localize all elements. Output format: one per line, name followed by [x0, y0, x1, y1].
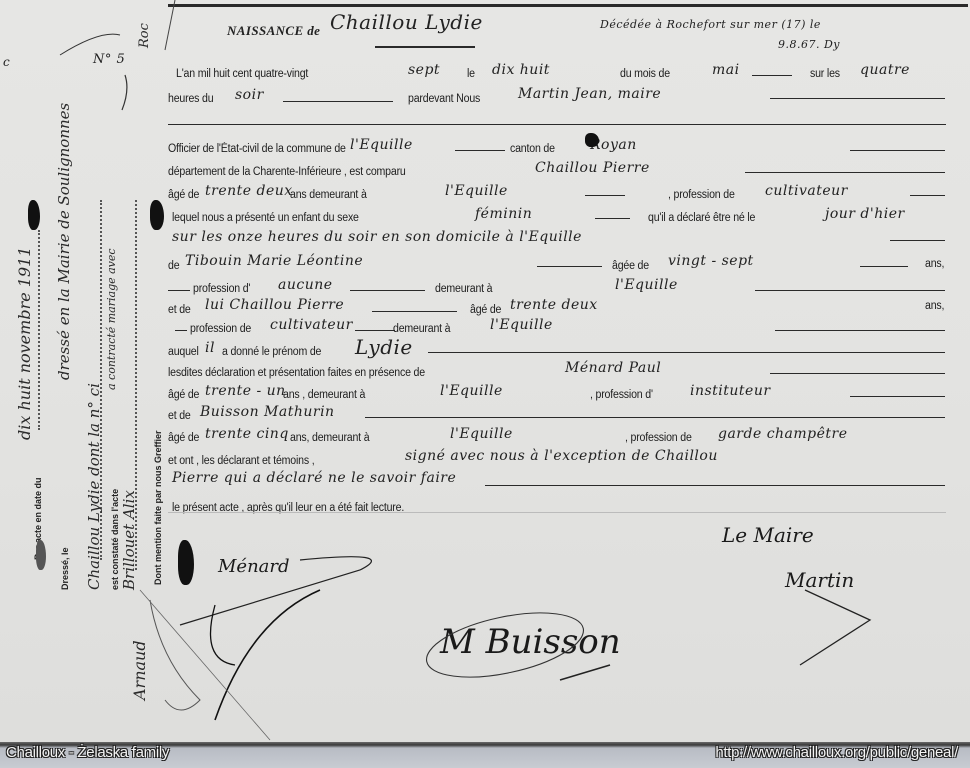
hw-mother-age: vingt - sept: [668, 253, 754, 269]
hw-mother-residence: l'Equille: [615, 277, 678, 293]
printed-auquel: auquel: [168, 346, 199, 358]
printed-declare-ne: qu'il a déclaré être né le: [648, 212, 755, 224]
fill-line: [595, 218, 630, 219]
fill-line: [537, 266, 602, 267]
hw-birth-detail: sur les onze heures du soir en son domic…: [172, 229, 582, 245]
fill-line: [910, 195, 945, 196]
printed-officier: Officier de l'État-civil de la commune d…: [168, 143, 346, 155]
fill-line: [585, 195, 625, 196]
hw-witness1-profession: instituteur: [690, 383, 771, 399]
hw-time-of-day: soir: [235, 87, 264, 103]
printed-profession-d-2: , profession d': [590, 389, 653, 401]
printed-ans-demeurant-3: ans, demeurant à: [290, 432, 369, 444]
hw-signed-note: signé avec nous à l'exception de Chaillo…: [405, 448, 718, 464]
printed-le: le: [467, 68, 475, 80]
hw-month: mai: [712, 62, 740, 78]
printed-age-de: âgé de: [168, 189, 199, 201]
printed-ans-2: ans,: [925, 300, 944, 312]
fill-line: [755, 290, 945, 291]
printed-sur-les: sur les: [810, 68, 840, 80]
margin-printed-4: Dont mention faite par nous Greffier: [153, 430, 163, 585]
hw-pronoun: il: [205, 340, 215, 356]
printed-agee-de: âgée de: [612, 260, 649, 272]
ink-blot: [28, 200, 40, 230]
margin-hw-date: dix huit novembre 1911: [15, 247, 34, 441]
printed-ans-demeurant-2: ans , demeurant à: [283, 389, 365, 401]
printed-demeurant: demeurant à: [435, 283, 492, 295]
printed-ans: ans,: [925, 258, 944, 270]
printed-age-de-3: âgé de: [168, 389, 199, 401]
margin-roc: Roc: [137, 23, 152, 48]
fill-line: [365, 417, 945, 418]
printed-age-de-2: âgé de: [470, 304, 501, 316]
fill-line: [355, 330, 395, 331]
fill-line: [372, 311, 457, 312]
hw-witness2-residence: l'Equille: [450, 426, 513, 442]
hw-witness2: Buisson Mathurin: [200, 404, 335, 420]
fill-line: [850, 150, 945, 151]
hw-day: dix huit: [492, 62, 550, 78]
printed-profession-de: profession de: [190, 323, 251, 335]
printed-canton: canton de: [510, 143, 555, 155]
death-annotation: Décédée à Rochefort sur mer (17) le: [600, 18, 821, 31]
website-watermark: http://www.chailloux.org/public/geneal/: [715, 744, 958, 761]
family-watermark: Chailloux - Żelaska family: [6, 744, 169, 761]
hw-signed-note-2: Pierre qui a déclaré ne le savoir faire: [172, 470, 456, 486]
hw-commune: l'Equille: [350, 137, 413, 153]
hw-sex: féminin: [475, 206, 532, 222]
fill-line: [168, 124, 946, 125]
printed-profession: , profession de: [668, 189, 735, 201]
printed-profession-de-2: , profession de: [625, 432, 692, 444]
hw-father-residence: l'Equille: [490, 317, 553, 333]
fill-line: [860, 266, 908, 267]
margin-hw-5: Arnaud: [130, 640, 149, 700]
hw-given-name: Lydie: [355, 335, 413, 359]
ink-blot: [585, 133, 599, 147]
margin-number: N° 5: [93, 52, 125, 67]
hw-witness1: Ménard Paul: [565, 360, 661, 376]
fill-line: [175, 330, 187, 331]
fill-line: [485, 485, 945, 486]
printed-lequel: lequel nous a présenté un enfant du sexe: [172, 212, 359, 224]
hw-father-age: trente deux: [510, 297, 598, 313]
margin-corner-mark: c: [3, 55, 10, 69]
record-subject-name: Chaillou Lydie: [330, 10, 483, 34]
fill-line: [850, 396, 945, 397]
hw-witness1-age: trente - un: [205, 383, 286, 399]
printed-ans-demeurant: ans demeurant à: [290, 189, 367, 201]
witness2-signature: M Buisson: [440, 622, 621, 662]
fill-line: [428, 352, 945, 353]
document-page: NAISSANCE de Chaillou Lydie Décédée à Ro…: [0, 0, 970, 742]
fill-line: [350, 290, 425, 291]
margin-printed-2: Dressé, le: [60, 547, 70, 590]
printed-pardevant: pardevant Nous: [408, 93, 480, 105]
hw-father-profession: cultivateur: [270, 317, 353, 333]
faint-rule: [168, 512, 946, 513]
hw-declarant-age: trente deux: [205, 183, 293, 199]
printed-year: L'an mil huit cent quatre-vingt: [176, 68, 308, 80]
margin-hw-1: dressé en la Mairie de Soulignonnes: [55, 103, 73, 380]
printed-et-de-2: et de: [168, 410, 191, 422]
fill-line: [890, 240, 945, 241]
margin-hw-3: a contracté mariage avec: [105, 248, 118, 390]
fill-line: [168, 290, 190, 291]
death-annotation-date: 9.8.67. Dy: [778, 38, 840, 51]
mayor-signature: Martin: [785, 568, 854, 592]
margin-printed-3: est constaté dans l'acte: [110, 489, 120, 590]
printed-lesdites: lesdites déclaration et présentation fai…: [168, 367, 425, 379]
hw-father: lui Chaillou Pierre: [205, 297, 344, 313]
hw-mother-profession: aucune: [278, 277, 333, 293]
fill-line: [455, 150, 505, 151]
hw-witness2-age: trente cinq: [205, 426, 289, 442]
ink-smudge: [36, 540, 46, 570]
printed-et-de: et de: [168, 304, 191, 316]
printed-heures: heures du: [168, 93, 213, 105]
printed-demeurant-2: demeurant à: [393, 323, 450, 335]
hw-year: sept: [408, 62, 440, 78]
fill-line: [770, 98, 945, 99]
hw-officer: Martin Jean, maire: [518, 86, 661, 102]
fill-line: [775, 330, 945, 331]
record-type-label: NAISSANCE de: [227, 23, 320, 39]
ink-blot: [178, 540, 194, 585]
hw-witness1-residence: l'Equille: [440, 383, 503, 399]
printed-month: du mois de: [620, 68, 670, 80]
hw-declarant-residence: l'Equille: [445, 183, 508, 199]
hw-witness2-profession: garde champêtre: [718, 426, 848, 442]
printed-age-de-4: âgé de: [168, 432, 199, 444]
printed-et-ont: et ont , les déclarant et témoins ,: [168, 455, 314, 467]
printed-profession-d: profession d': [193, 283, 250, 295]
hw-mother: Tibouin Marie Léontine: [185, 253, 363, 269]
title-flourish: [375, 46, 475, 48]
margin-hw-4: Brillouet Alix: [120, 490, 138, 590]
hw-declarant-profession: cultivateur: [765, 183, 848, 199]
dotted-guide: [38, 230, 40, 430]
printed-prenom: a donné le prénom de: [222, 346, 321, 358]
hw-birth-when: jour d'hier: [825, 206, 905, 222]
top-rule: [168, 4, 968, 7]
fill-line: [283, 101, 393, 102]
mayor-title-signature: Le Maire: [722, 523, 814, 547]
hw-hour: quatre: [860, 62, 910, 78]
witness1-signature: Ménard: [218, 556, 290, 577]
margin-hw-2: Chaillou Lydie dont la n° ci: [85, 383, 103, 590]
fill-line: [752, 75, 792, 76]
fill-line: [745, 172, 945, 173]
printed-de: de: [168, 260, 179, 272]
printed-departement: département de la Charente-Inférieure , …: [168, 166, 406, 178]
hw-declarant: Chaillou Pierre: [535, 160, 650, 176]
ink-blot: [150, 200, 164, 230]
fill-line: [770, 373, 945, 374]
